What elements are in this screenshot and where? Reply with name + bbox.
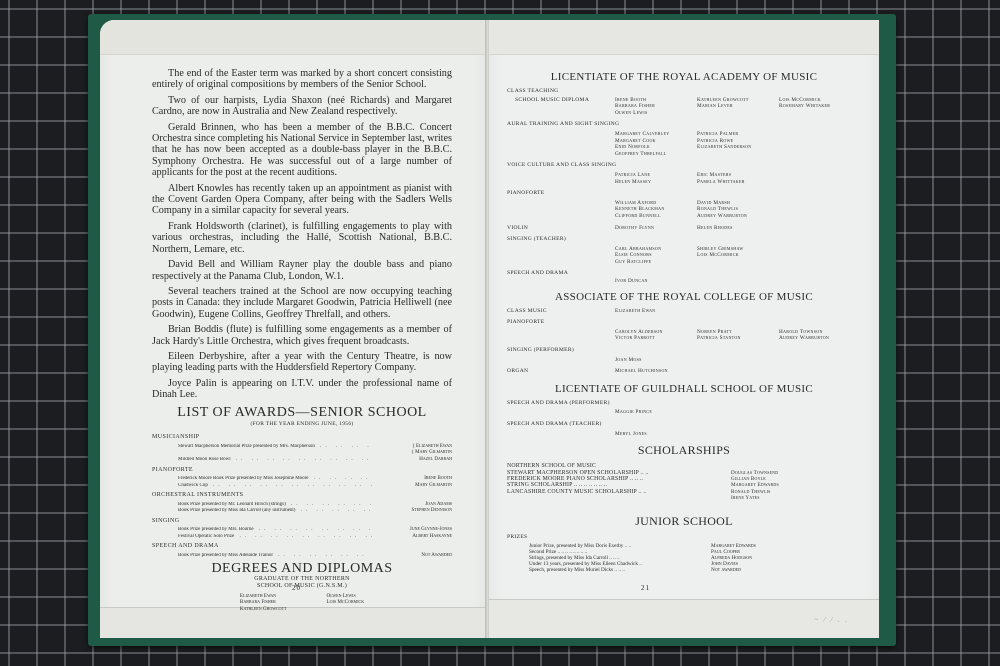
award-winner: Stephen Dennison (372, 508, 452, 515)
diploma-holder: Helen Rhodes (697, 225, 765, 232)
diploma-holder: Helen Massey (615, 179, 683, 186)
junior-prize-name: Speech, presented by Miss Muriel Dicks .… (529, 567, 705, 573)
name-column: Eric MastersPamela Whittaker (697, 172, 765, 185)
name-column: Margaret CalverleyMargaret CookEnid Norf… (615, 131, 683, 157)
junior-prizes-list: Junior Prize, presented by Miss Doris Ex… (507, 543, 861, 574)
diploma-holder: Ronald Thewlis (697, 206, 765, 213)
diploma-holder: Marian Lever (697, 103, 765, 110)
scholarships-title: SCHOLARSHIPS (507, 443, 861, 458)
name-column: Lois McCormickRosemary Whitaker (779, 97, 847, 117)
diploma-holder: Olwen Lewis (615, 110, 683, 117)
award-winner: Hazel Darrah (372, 457, 452, 464)
award-winner: { Elizabeth Ewan (372, 444, 452, 451)
lram-pianoforte: PIANOFORTE William AxfordKenneth Blackma… (507, 190, 861, 219)
name-column: David MarshRonald ThewlisAudrey Warburto… (697, 200, 765, 220)
diploma-holder: Victor Parrott (615, 335, 683, 342)
awards-title: LIST OF AWARDS—SENIOR SCHOOL (152, 407, 452, 418)
page-number-left: 20 (292, 584, 301, 592)
award-description: Festival Operatic Solo Prize (178, 534, 372, 541)
diploma-holder: Dorothy Flynn (615, 225, 683, 232)
diploma-holder: David Marsh (697, 200, 765, 207)
diploma-holder: William Axford (615, 200, 683, 207)
award-description: Stewart Macpherson Memorial Prize presen… (178, 444, 372, 451)
award-category: PIANOFORTE (152, 465, 452, 476)
name-column: Helen Rhodes (697, 225, 765, 232)
news-paragraph: Albert Knowles has recently taken up an … (152, 183, 452, 217)
diploma-holder: Irene Booth (615, 97, 683, 104)
award-description: Book Prize presented by Miss Ida Carroll… (178, 508, 372, 515)
award-category: SINGING (152, 516, 452, 527)
lgsm-title: LICENTIATE OF GUILDHALL SCHOOL OF MUSIC (507, 383, 861, 395)
scholarship-winner: Irene Yates (707, 495, 760, 501)
news-paragraph: Gerald Brinnen, who has been a member of… (152, 122, 452, 179)
award-winner: Irene Booth (372, 476, 452, 483)
graduate-name: Lois McCormick (326, 599, 364, 606)
award-category: ORCHESTRAL INSTRUMENTS (152, 490, 452, 501)
name-column: Dorothy Flynn (615, 225, 683, 232)
name-column: Michael Hutchinson (615, 368, 683, 375)
diploma-holder: Joan Moss (615, 357, 683, 364)
name-column: Joan Moss (615, 357, 683, 364)
lram-aural: AURAL TRAINING AND SIGHT SINGING Margare… (507, 121, 861, 157)
diploma-holder: Eric Masters (697, 172, 765, 179)
diploma-holder: Barbara Fisher (615, 103, 683, 110)
news-paragraph: Joyce Palin is appearing on I.T.V. under… (152, 378, 452, 401)
lgsm-performer: SPEECH AND DRAMA (PERFORMER) Maggie Prin… (507, 400, 861, 416)
diploma-holder: Elsie Connors (615, 252, 683, 259)
award-category: SPEECH AND DRAMA (152, 541, 452, 552)
arcm-pianoforte: PIANOFORTE Carolyn AldersonVictor Parrot… (507, 319, 861, 342)
award-row: Frederick Moore Book Prize presented by … (166, 476, 452, 483)
name-column: Ivor Duncan (615, 278, 683, 285)
diploma-holder: Margaret Cook (615, 138, 683, 145)
news-paragraph: The end of the Easter term was marked by… (152, 68, 452, 91)
diploma-holder: Patricia Palmer (697, 131, 765, 138)
graduate-col-2: Olwen LewisLois McCormick (326, 593, 364, 613)
diploma-holder: Lois McCormick (779, 97, 847, 104)
graduate-col-1: Elizabeth EwanBarbara FisherKathleen Gro… (240, 593, 287, 613)
award-row: Chadwick CupMary Gilmartin (166, 483, 452, 490)
diploma-holder: Audrey Warburton (779, 335, 847, 342)
scholarship-row: Irene Yates (507, 495, 861, 501)
diploma-holder: Enid Norfolk (615, 144, 683, 151)
news-paragraph: Brian Boddis (flute) is fulfilling some … (152, 324, 452, 347)
lram-class-teaching: CLASS TEACHING (507, 88, 861, 95)
award-row: { Mary Gilmartin (166, 450, 452, 457)
junior-prize-winner: Not awarded (705, 567, 741, 573)
page-fold-band (489, 20, 879, 55)
diploma-holder: Ivor Duncan (615, 278, 683, 285)
name-column: Carl AbrahamsonElsie ConnorsGuy Ratcliff… (615, 246, 683, 266)
right-page-content: LICENTIATE OF THE ROYAL ACADEMY OF MUSIC… (507, 68, 861, 574)
award-winner: Albert Haskayne (372, 534, 452, 541)
news-paragraph: Eileen Derbyshire, after a year with the… (152, 351, 452, 374)
junior-school-title: JUNIOR SCHOOL (507, 514, 861, 529)
awards-list: MUSICIANSHIPStewart Macpherson Memorial … (152, 432, 452, 559)
degrees-subtitle-2: SCHOOL OF MUSIC (G.N.S.M.) (152, 583, 452, 590)
award-description: Mildred Moon Rose Bowl (178, 457, 372, 464)
diploma-holder: Elizabeth Ewan (615, 308, 683, 315)
arcm-organ: ORGAN Michael Hutchinson (507, 368, 861, 375)
name-column: Irene BoothBarbara FisherOlwen Lewis (615, 97, 683, 117)
diploma-holder: Clifford Bunnell (615, 213, 683, 220)
graduate-names: Elizabeth EwanBarbara FisherKathleen Gro… (152, 593, 452, 613)
diploma-holder: Carolyn Alderson (615, 329, 683, 336)
award-winner: Joan Adams (372, 502, 452, 509)
name-column: Patricia PalmerPatricia RoweElizabeth Sa… (697, 131, 765, 157)
page-fold-band (100, 20, 486, 55)
left-page-content: The end of the Easter term was marked by… (152, 68, 452, 612)
degrees-title: DEGREES AND DIPLOMAS (152, 563, 452, 574)
award-winner: June Glynne-Jones (372, 527, 452, 534)
lram-voice: VOICE CULTURE AND CLASS SINGING Patricia… (507, 162, 861, 185)
name-column: Noreen PrattPatricia Stanton (697, 329, 765, 342)
name-column: William AxfordKenneth BlackmanClifford B… (615, 200, 683, 220)
arcm-title: ASSOCIATE OF THE ROYAL COLLEGE OF MUSIC (507, 291, 861, 303)
news-paragraph: Several teachers trained at the School a… (152, 286, 452, 320)
name-column: Elizabeth Ewan (615, 308, 683, 315)
news-paragraph: David Bell and William Rayner play the d… (152, 259, 452, 282)
pencil-annotation: ~ ⁄ ⁄ . . (814, 616, 849, 624)
diploma-holder: Pamela Whittaker (697, 179, 765, 186)
lram-speech: SPEECH AND DRAMA Ivor Duncan (507, 270, 861, 284)
award-row: Mildred Moon Rose BowlHazel Darrah (166, 457, 452, 464)
award-row: Book Prize presented by Miss Ida Carroll… (166, 508, 452, 515)
diploma-holder: Rosemary Whitaker (779, 103, 847, 110)
award-category: MUSICIANSHIP (152, 432, 452, 443)
award-description: Chadwick Cup (178, 483, 372, 490)
awards-subtitle: (FOR THE YEAR ENDING JUNE, 1956) (152, 419, 452, 430)
diploma-holder: Harold Townson (779, 329, 847, 336)
name-column: Harold TownsonAudrey Warburton (779, 329, 847, 342)
award-row: Book Prize presented by Miss Adelaide Tr… (166, 553, 452, 560)
news-paragraph: Two of our harpists, Lydia Shaxon (neé R… (152, 95, 452, 118)
diploma-holder: Guy Ratcliffe (615, 259, 683, 266)
diploma-holder: Patricia Stanton (697, 335, 765, 342)
scholarship-name (507, 495, 707, 501)
lram-singing-teacher: SINGING (TEACHER) Carl AbrahamsonElsie C… (507, 236, 861, 265)
name-column: Shirley GrimshawLois McCormick (697, 246, 765, 266)
award-row: Festival Operatic Solo PrizeAlbert Haska… (166, 534, 452, 541)
arcm-class-music: CLASS MUSIC Elizabeth Ewan (507, 308, 861, 315)
award-description: Book Prize presented by Miss Adelaide Tr… (178, 553, 372, 560)
award-description: Book Prize presented by Mrs. Bourne (178, 527, 372, 534)
award-description: Frederick Moore Book Prize presented by … (178, 476, 372, 483)
diploma-holder: Shirley Grimshaw (697, 246, 765, 253)
lram-school-music: SCHOOL MUSIC DIPLOMA Irene BoothBarbara … (507, 97, 861, 117)
diploma-holder: Elizabeth Sanderson (697, 144, 765, 151)
junior-prize-row: Speech, presented by Miss Muriel Dicks .… (507, 567, 861, 573)
award-winner: Mary Gilmartin (372, 483, 452, 490)
award-winner: { Mary Gilmartin (372, 450, 452, 457)
arcm-singing: SINGING (PERFORMER) Joan Moss (507, 347, 861, 363)
diploma-holder: Audrey Warburton (697, 213, 765, 220)
news-paragraph: Frank Holdsworth (clarinet), is fulfilli… (152, 221, 452, 255)
scholarships-list: NORTHERN SCHOOL OF MUSICSTEWART MACPHERS… (507, 463, 861, 501)
diploma-holder: Noreen Pratt (697, 329, 765, 336)
prizes-label: PRIZES (507, 534, 861, 540)
diploma-holder: Michael Hutchinson (615, 368, 683, 375)
degrees-subtitle-1: GRADUATE OF THE NORTHERN (152, 576, 452, 583)
diploma-holder: Geoffrey Threlfall (615, 151, 683, 158)
name-column: Patricia LaneHelen Massey (615, 172, 683, 185)
lgsm-teacher: SPEECH AND DRAMA (TEACHER) Meryl Jones (507, 421, 861, 437)
diploma-holder: Carl Abrahamson (615, 246, 683, 253)
right-page: LICENTIATE OF THE ROYAL ACADEMY OF MUSIC… (489, 20, 879, 638)
diploma-holder: Patricia Lane (615, 172, 683, 179)
award-description: Book Prize presented by Mr. Leonard Hirs… (178, 502, 372, 509)
graduate-name: Kathleen Growcott (240, 606, 287, 613)
diploma-holder: Margaret Calverley (615, 131, 683, 138)
left-page: The end of the Easter term was marked by… (100, 20, 486, 638)
award-row: Book Prize presented by Mr. Leonard Hirs… (166, 502, 452, 509)
diploma-holder: Kenneth Blackman (615, 206, 683, 213)
news-paragraphs: The end of the Easter term was marked by… (152, 68, 452, 401)
page-number-right: 21 (641, 584, 650, 592)
name-column: Kathleen GrowcottMarian Lever (697, 97, 765, 117)
award-winner: Not Awarded (372, 553, 452, 560)
diploma-holder: Kathleen Growcott (697, 97, 765, 104)
lram-violin: VIOLIN Dorothy FlynnHelen Rhodes (507, 225, 861, 232)
diploma-holder: Patricia Rowe (697, 138, 765, 145)
diploma-holder: Lois McCormick (697, 252, 765, 259)
name-column: Carolyn AldersonVictor Parrott (615, 329, 683, 342)
award-row: Book Prize presented by Mrs. BourneJune … (166, 527, 452, 534)
award-row: Stewart Macpherson Memorial Prize presen… (166, 444, 452, 451)
lram-title: LICENTIATE OF THE ROYAL ACADEMY OF MUSIC (507, 71, 861, 83)
